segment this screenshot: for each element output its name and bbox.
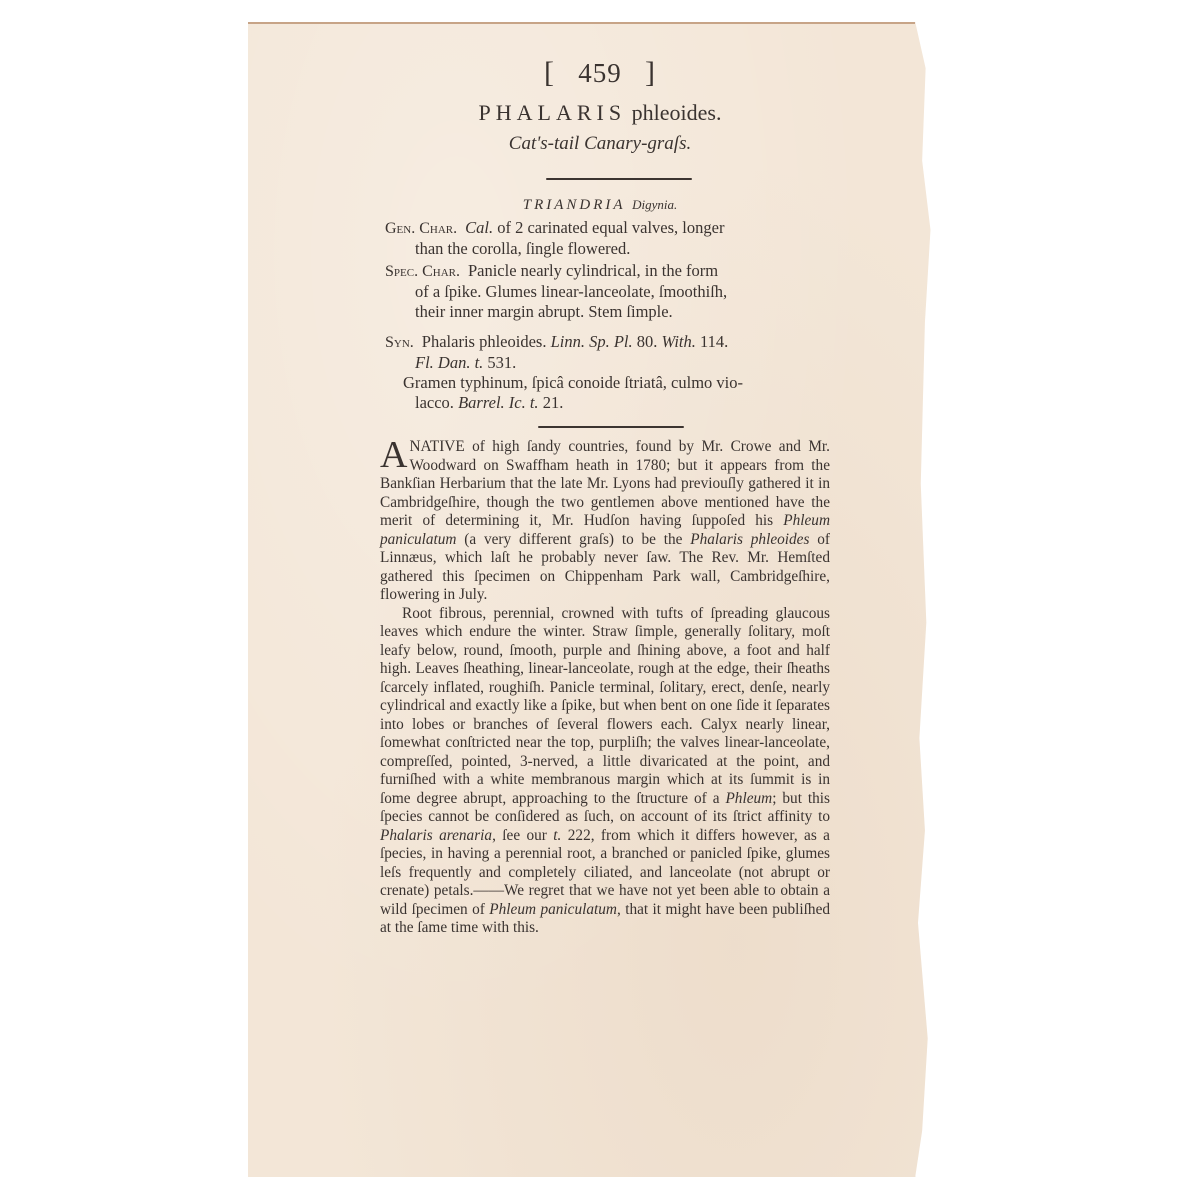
syn-line-barrel: lacco. Barrel. Ic. t. 21. [385, 393, 850, 413]
paragraph-description: Root fibrous, perennial, crowned with tu… [380, 605, 830, 938]
bracket-open: [ [544, 56, 555, 89]
page-number: [ 459 ] [0, 56, 1200, 90]
syn-text-a: Phalaris phleoides. [422, 332, 551, 351]
syn-num-d: 21. [539, 393, 564, 412]
divider-rule-top [546, 178, 692, 180]
synonyms: Syn.Phalaris phleoides. Linn. Sp. Pl. 80… [385, 332, 850, 413]
syn-line-gramen: Gramen typhinum, ſpicâ conoide ſtriatâ, … [385, 373, 850, 393]
page-number-value: 459 [578, 58, 622, 88]
para1-i2: Phalaris phleoides [690, 531, 809, 548]
syn-line2b: lacco. [415, 393, 458, 412]
spec-char-line1: Panicle nearly cylindrical, in the form [468, 261, 718, 280]
generic-character: Gen. Char.Cal. of 2 carinated equal valv… [385, 218, 850, 259]
linnaean-class: TRIANDRIA [523, 197, 626, 213]
spec-char-label: Spec. Char. [385, 263, 460, 280]
para2-i2: Phalaris arenaria [380, 827, 492, 844]
para2-i1: Phleum [725, 790, 772, 807]
page-title: PHALARIS phleoides. [0, 100, 1200, 126]
gen-char-label: Gen. Char. [385, 220, 457, 237]
bracket-close: ] [645, 56, 656, 89]
sheet-top-edge [248, 22, 915, 24]
common-name: Cat's-tail Canary-graſs. [0, 133, 1200, 155]
classification-heading: TRIANDRIA Digynia. [0, 197, 1200, 214]
para1-lead: NATIVE [409, 438, 464, 455]
genus-name: PHALARIS [479, 100, 627, 125]
syn-num-b: 114. [696, 332, 728, 351]
syn-ref-b: With. [662, 332, 696, 351]
para2-i4: Phleum paniculatum [489, 901, 617, 918]
syn-ref-d: Barrel. Ic. t. [458, 393, 539, 412]
gen-char-line2: than the corolla, ſingle flowered. [385, 239, 850, 259]
gen-char-lead: Cal. [465, 218, 493, 237]
divider-rule-bottom [538, 426, 684, 428]
paragraph-habitat: A NATIVE of high ſandy countries, found … [380, 438, 830, 605]
species-name: phleoides. [632, 100, 722, 125]
syn-ref-c: Fl. Dan. t. [415, 353, 483, 372]
gen-char-line1: of 2 carinated equal valves, longer [493, 218, 724, 237]
para1-t2: (a very different graſs) to be the [456, 531, 690, 548]
syn-line-fl-dan: Fl. Dan. t. 531. [385, 353, 850, 373]
para2-t1: Root fibrous, perennial, crowned with tu… [380, 605, 830, 807]
specific-character: Spec. Char.Panicle nearly cylindrical, i… [385, 261, 850, 322]
description-body: A NATIVE of high ſandy countries, found … [380, 438, 830, 938]
spec-char-line2: of a ſpike. Glumes linear-lanceolate, ſm… [385, 282, 850, 302]
linnaean-order: Digynia. [632, 197, 677, 212]
spec-char-line3: their inner margin abrupt. Stem ſimple. [385, 302, 850, 322]
drop-cap: A [380, 440, 407, 470]
syn-ref-a: Linn. Sp. Pl. [551, 332, 633, 351]
syn-label: Syn. [385, 334, 414, 351]
syn-num-c: 531. [483, 353, 516, 372]
para2-t3: , ſee our [492, 827, 553, 844]
syn-num-a: 80. [633, 332, 662, 351]
